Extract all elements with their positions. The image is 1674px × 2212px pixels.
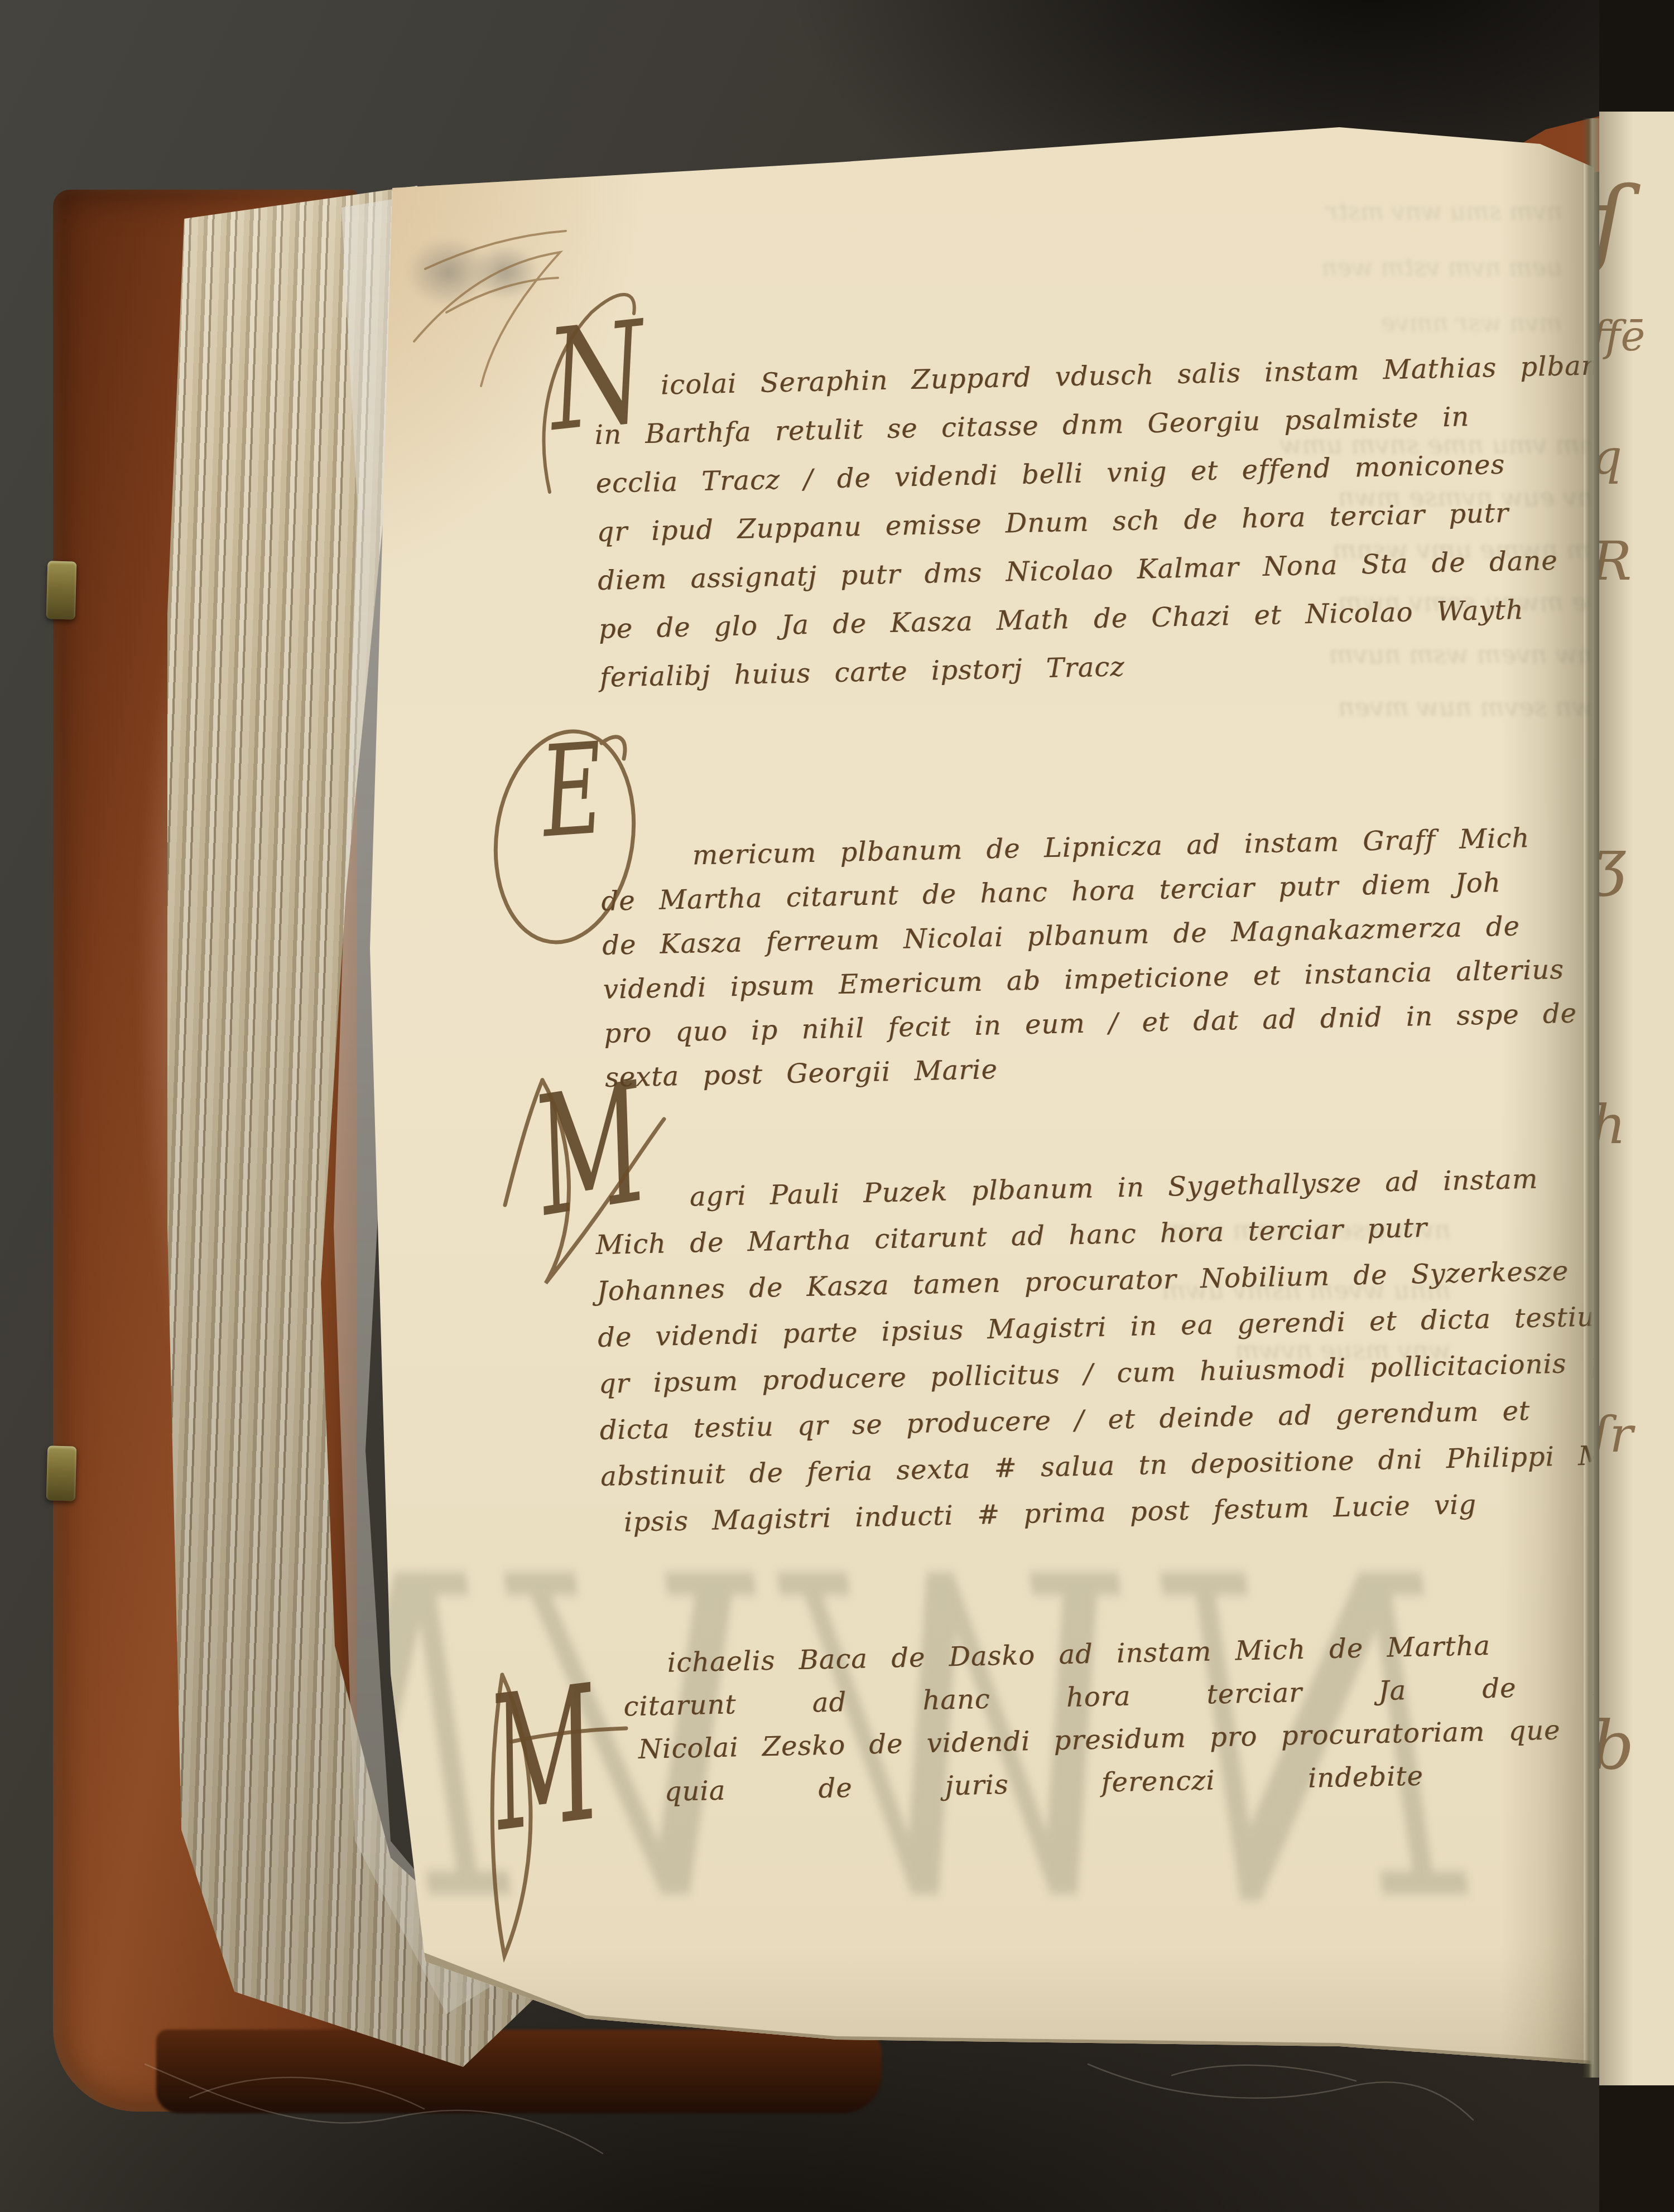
stray-fibers [145, 2064, 1473, 2153]
facing-page-sliver: ſffēqRʒhſrb [1599, 0, 1674, 2212]
manuscript-photograph: nvm smu wnv mstruem nvm vstm wenmvn wsr … [0, 0, 1674, 2212]
initial-swash-entry-3 [505, 1080, 664, 1283]
sliver-dark-bottom [1599, 2085, 1674, 2212]
corner-flourish [414, 231, 566, 386]
initial-swash-entry-4 [492, 1675, 626, 1956]
page-gutter-crease [1582, 118, 1600, 2078]
initial-swash-entry-1 [544, 295, 634, 492]
sliver-dark-top [1599, 0, 1674, 112]
sliver-shading [1599, 0, 1674, 2212]
initial-swash-entry-2 [483, 722, 647, 951]
calligraphic-flourishes [0, 0, 1674, 2212]
